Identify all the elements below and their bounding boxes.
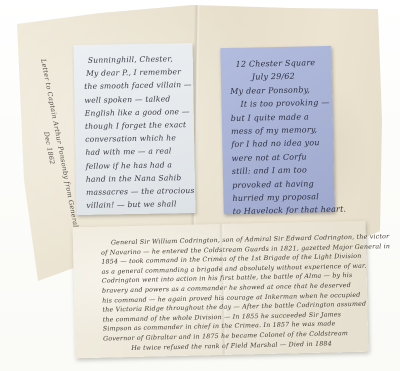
- white-letter-line: the smooth faced villain —: [84, 78, 189, 93]
- photo-background: Letter to Captain Arthur Ponsonby from G…: [0, 0, 400, 371]
- white-letter-line: villain! — but we shall: [86, 197, 191, 212]
- blue-letter-line: It is too provoking —: [240, 96, 327, 111]
- blue-letter-address: 12 Chester Square: [235, 56, 326, 71]
- white-letter-line: conversation which he: [85, 131, 190, 146]
- blue-letter-line: to Havelock for that heart.: [233, 203, 330, 218]
- biography-note: General Sir William Codrington, son of A…: [73, 221, 369, 359]
- blue-letter: 12 Chester Square July 29/62 My dear Pon…: [220, 46, 334, 214]
- white-letter: Sunninghill, Chester, My dear P., I reme…: [74, 43, 196, 215]
- blue-letter-line: for I had no idea you: [231, 136, 328, 151]
